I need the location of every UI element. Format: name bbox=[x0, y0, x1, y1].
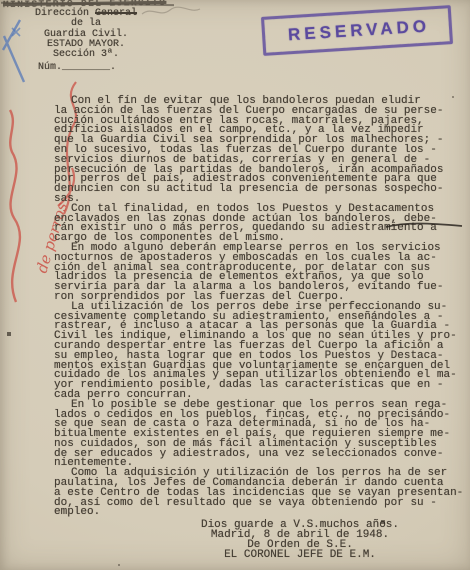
blue-pencil-mark bbox=[0, 16, 42, 88]
pen-stroke bbox=[384, 216, 466, 234]
pencil-squiggle bbox=[140, 3, 204, 21]
document-body: Con el fín de evitar que los bandoleros … bbox=[54, 97, 463, 518]
paragraph-6: Como la adquisición y utilización de los… bbox=[54, 469, 463, 518]
paragraph-1: Con el fín de evitar que los bandoleros … bbox=[54, 97, 463, 205]
closing-block: Dios guarde a V.S.muchos años.Madrid, 8 … bbox=[150, 521, 450, 561]
paper-specks bbox=[0, 0, 2, 2]
letterhead-org-struck-word: General bbox=[95, 8, 137, 19]
document-page: MINISTERIO DEL EJERCITO Dirección Genera… bbox=[0, 0, 470, 570]
pen-stroke-line bbox=[386, 224, 462, 228]
num-period: . bbox=[110, 62, 116, 73]
paragraph-3: En modo alguno deberán emplearse perros … bbox=[54, 244, 463, 303]
reservado-stamp: RESERVADO bbox=[261, 5, 453, 56]
pencil-squiggle-stroke bbox=[142, 7, 200, 14]
paragraph-5: En lo posible se debe gestionar que los … bbox=[54, 401, 463, 470]
paragraph-4: La utilización de los perros debe irse p… bbox=[54, 303, 463, 401]
reservado-stamp-text: RESERVADO bbox=[283, 16, 430, 45]
red-flourish-stroke bbox=[10, 110, 20, 302]
